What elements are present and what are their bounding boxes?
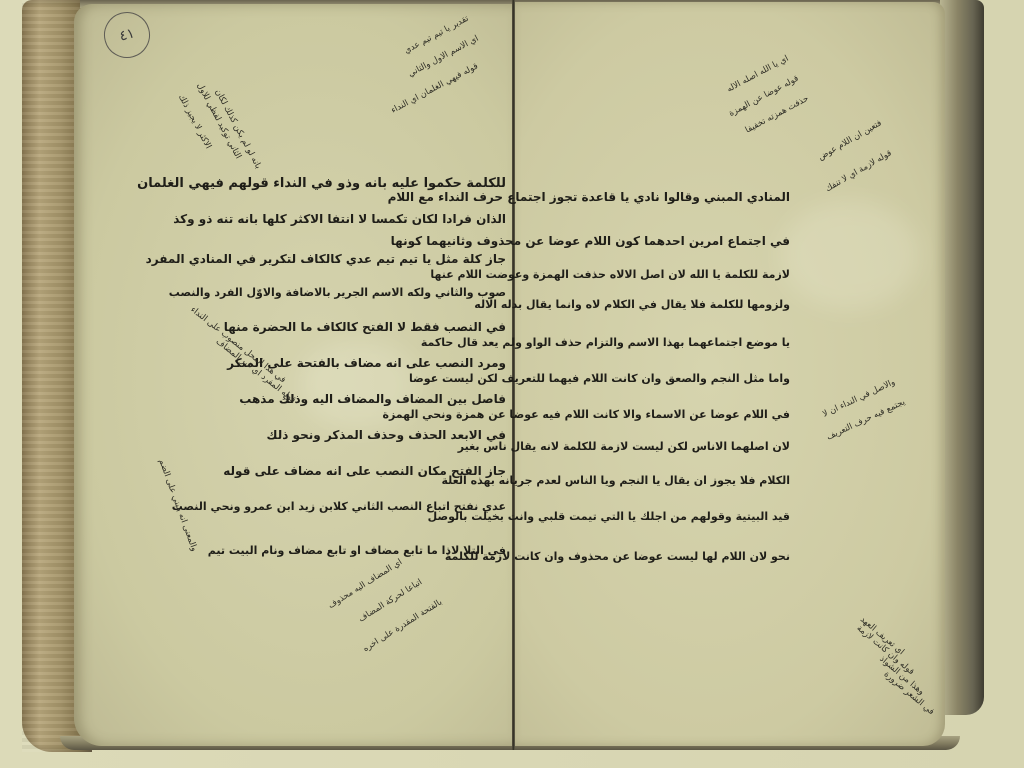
main-text-line: الكلام فلا يجوز ان يقال يا النجم ويا الن… — [552, 474, 790, 487]
main-text-line: في اجتماع امرين احدهما كون اللام عوضا عن… — [548, 234, 790, 248]
main-text-line: لان اصلهما الاناس لكن ليست لازمة للكلمة … — [548, 440, 790, 453]
main-text-line: نحو لان اللام لها ليست عوضا عن محذوف وان… — [556, 550, 790, 563]
main-text-line: الذان فرادا لكان تكمسا لا انتفا الاكثر ك… — [262, 212, 506, 226]
main-text-line: واما مثل النجم والصعق وان كانت اللام فيه… — [548, 372, 790, 385]
main-text-line: للكلمة حكموا عليه بانه وذو في النداء قول… — [256, 176, 506, 191]
light-glare — [780, 200, 920, 310]
main-text-line: قيد البيتية وقولهم من اجلك يا التي تيمت … — [552, 510, 790, 523]
main-text-line: جاز كلة مثل يا تيم تيم عدي كالكاف لتكرير… — [258, 252, 506, 266]
main-text-line: ومرد النصب على انه مضاف بالفتحة على المن… — [286, 356, 506, 370]
main-text-line: يا موضع اجتماعهما بهذا الاسم والتزام حذف… — [550, 336, 790, 349]
main-text-line: في النصب فقط لا الفتح كالكاف ما الحضرة م… — [290, 320, 506, 334]
main-text-line: في اللام عوضا عن الاسماء والا كانت اللام… — [548, 408, 790, 421]
right-cover-edge — [940, 0, 984, 715]
main-text-line: المنادي المبني وقالوا نادي يا قاعدة تجوز… — [540, 190, 790, 204]
main-text-line: ولزومها للكلمة فلا يقال في الكلام لاه وا… — [544, 298, 790, 311]
main-text-line: لازمة للكلمة يا الله لان اصل الالاه حذفت… — [550, 268, 790, 281]
main-text-line: صوب والثاني ولكه الاسم الجرير بالاضافة و… — [262, 286, 506, 299]
